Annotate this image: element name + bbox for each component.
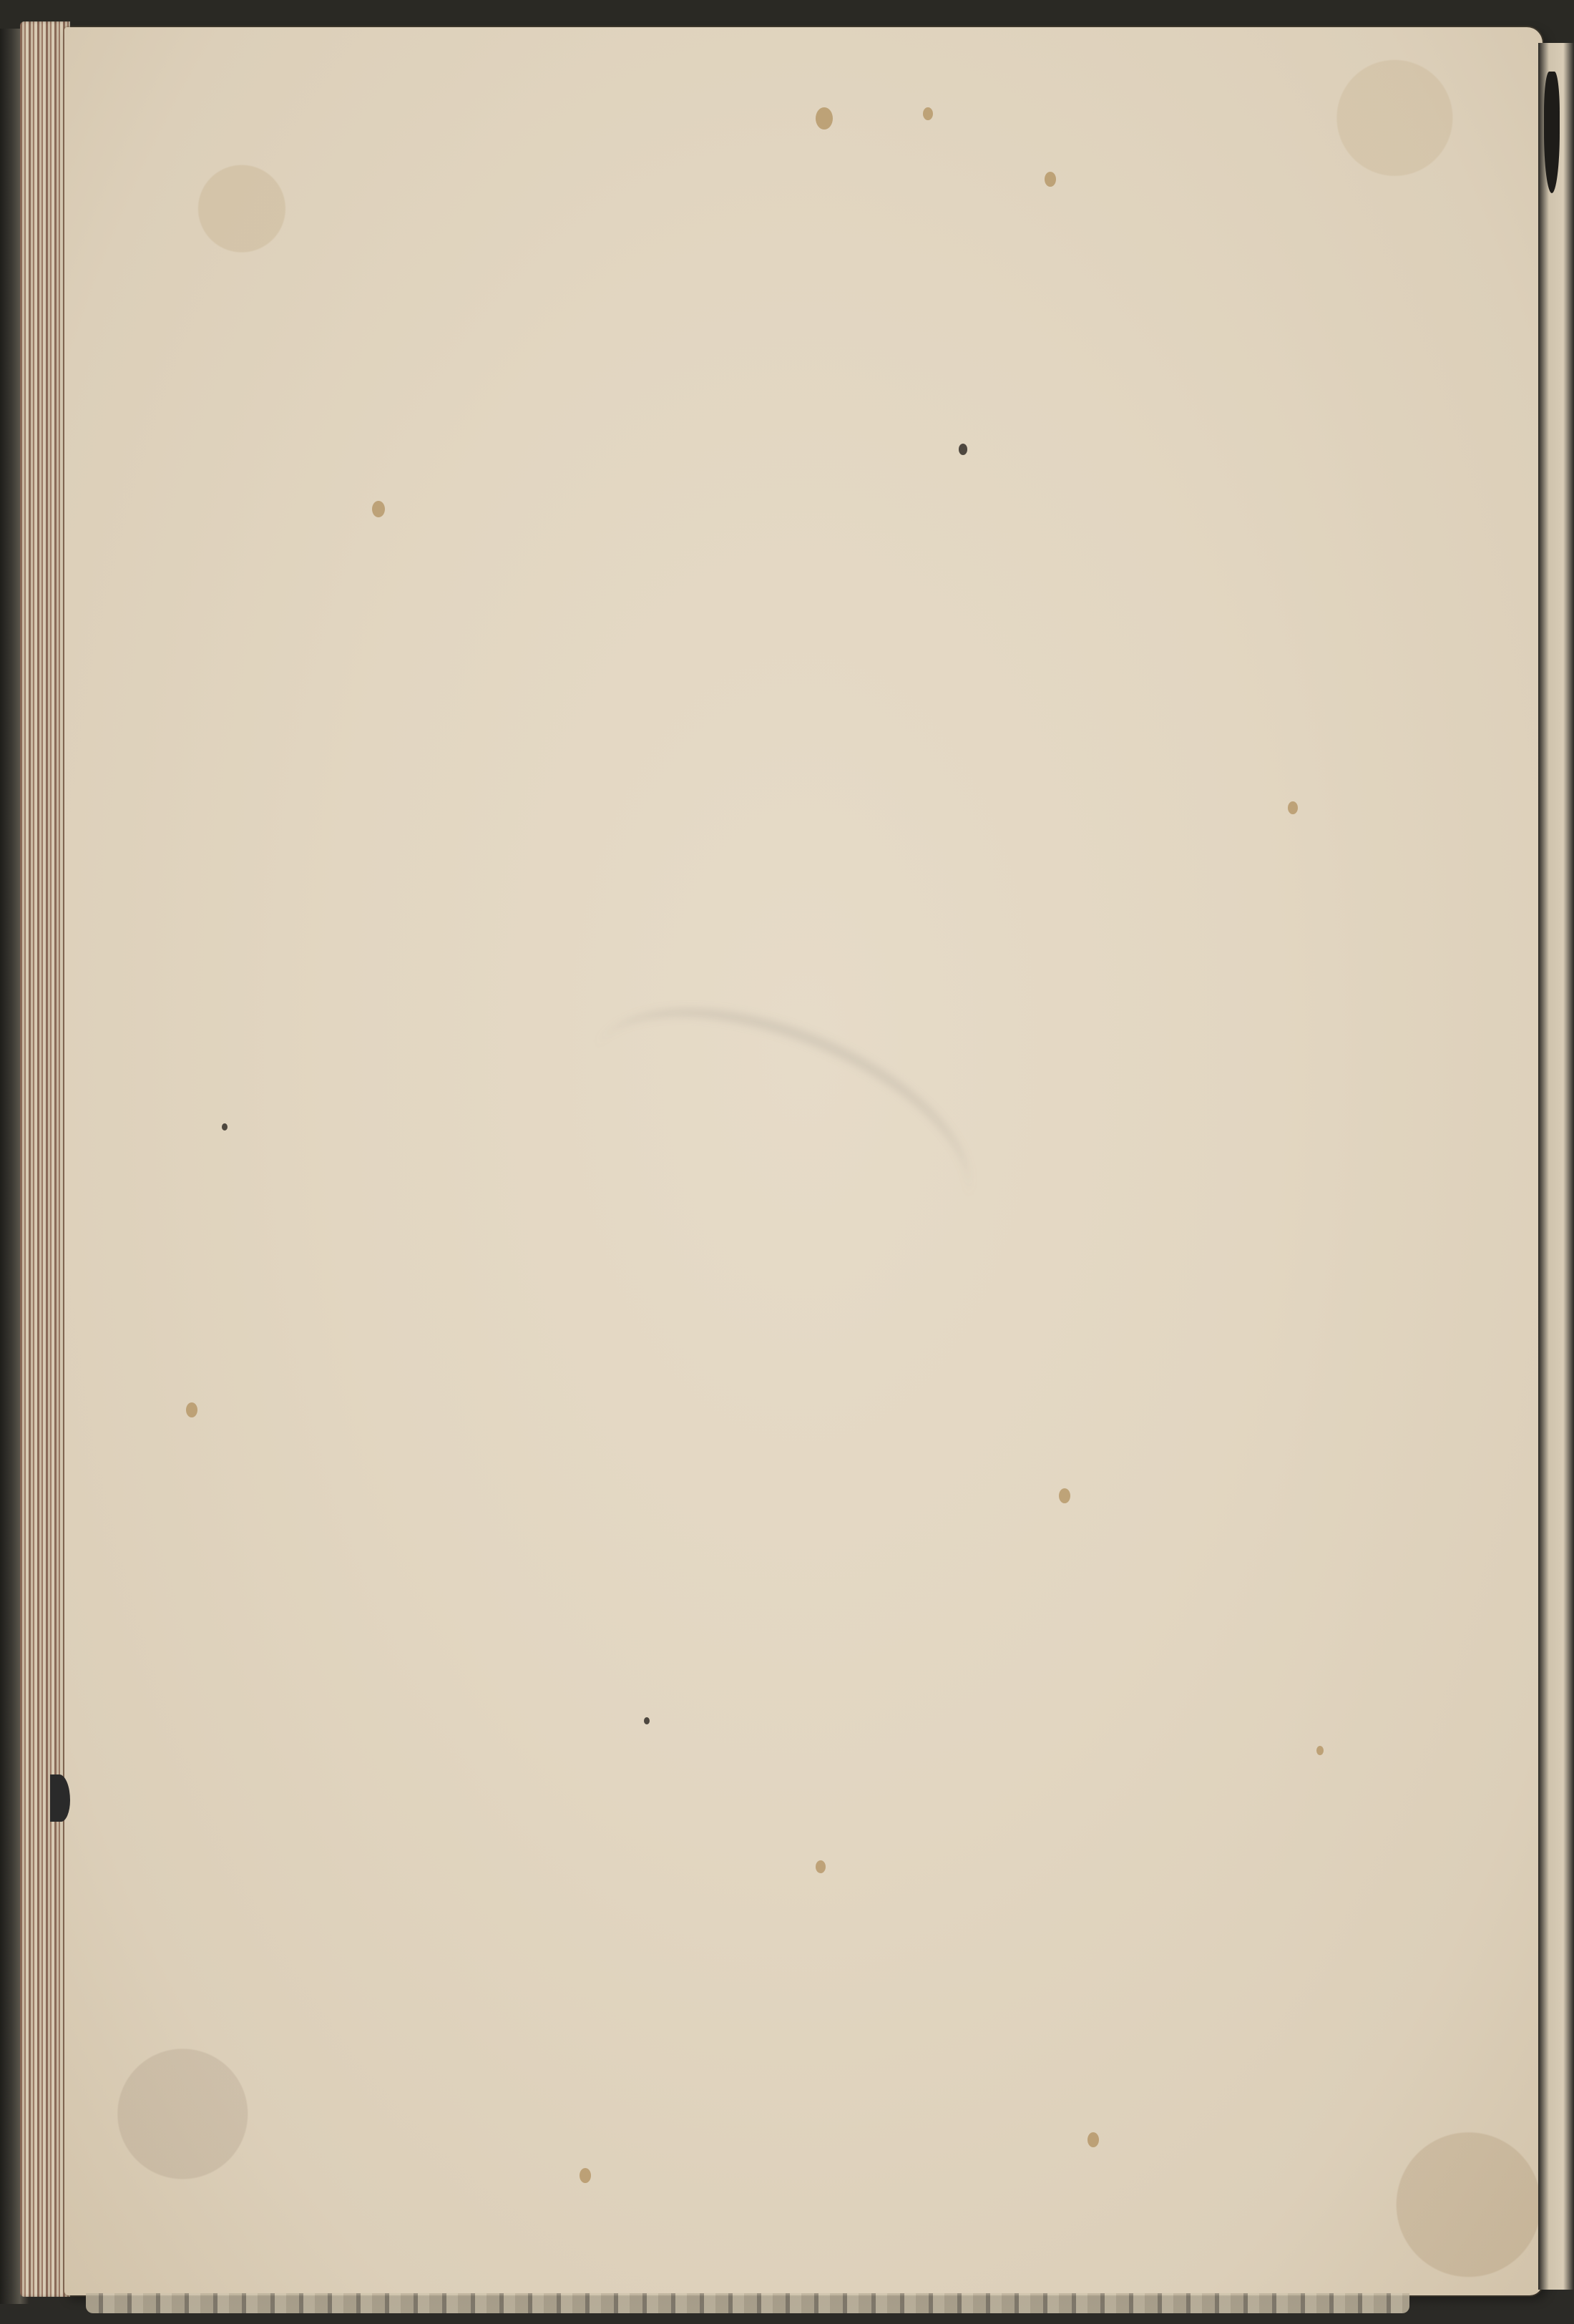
speckle	[1087, 2132, 1099, 2147]
speckle	[186, 1402, 197, 1417]
book-scan	[0, 0, 1574, 2324]
speckle	[1045, 172, 1056, 187]
speckle	[816, 107, 833, 130]
speckle	[1288, 801, 1298, 814]
binding-tear	[1544, 72, 1560, 193]
speckle	[644, 1717, 650, 1724]
speckle	[1059, 1488, 1070, 1503]
right-page-edge	[1538, 43, 1574, 2290]
page-edges-stack	[20, 21, 70, 2297]
frayed-bottom-edge	[86, 2293, 1409, 2313]
speckle	[1316, 1746, 1324, 1755]
pencil-smudge	[557, 961, 1002, 1293]
speckle	[580, 2168, 591, 2183]
speckle	[372, 501, 385, 517]
speckle	[222, 1123, 228, 1131]
speckle	[959, 444, 967, 455]
blank-page	[64, 27, 1543, 2295]
speckle	[923, 107, 933, 120]
speckle	[816, 1860, 826, 1873]
